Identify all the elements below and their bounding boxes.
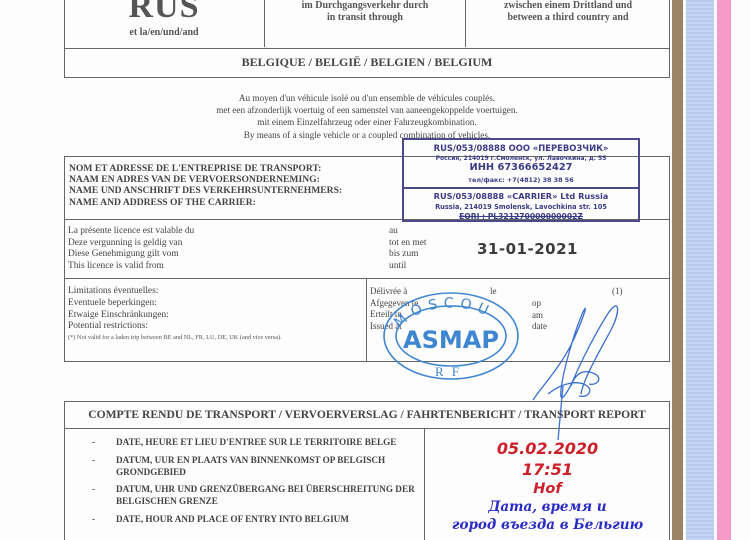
stamp-divider (404, 187, 638, 189)
valid-from-label: Deze vergunning is geldig van (68, 238, 194, 250)
carrier-label: NAAM EN ADRES VAN DE VERVOERSONDERNEMING… (69, 174, 342, 185)
valid-from-label: This licence is valid from (68, 261, 194, 273)
means-line: Au moyen d'un véhicule isolé ou d'un ens… (64, 92, 670, 104)
valid-until-label: au (389, 226, 427, 238)
entry-time: 17:51 (425, 460, 670, 479)
entry-note-line: город въезда в Бельгию (425, 517, 670, 533)
report-item: -DATUM, UUR EN PLAATS VAN BINNENKOMST OP… (92, 455, 422, 479)
carrier-labels: NOM ET ADRESSE DE L'ENTREPRISE DE TRANSP… (69, 163, 342, 208)
bullet-dash: - (92, 484, 95, 496)
valid-until-label: tot en met (389, 238, 427, 250)
stamp-ru-address: Россия, 214019 г.Смоленск, ул. Лавочкина… (404, 155, 638, 162)
country-code: RUS (64, 0, 264, 26)
carrier-label: NOM ET ADRESSE DE L'ENTREPRISE DE TRANSP… (69, 163, 342, 174)
limitations-note: (*) Not valid for a laden trip between B… (68, 334, 282, 341)
means-line: mit einem Einzelfahrzeug oder einer Fahr… (64, 116, 670, 128)
limitations-label: Etwaige Einschränkungen: (68, 310, 169, 322)
limitations-label: Limitations éventuelles: (68, 286, 169, 298)
country-conjunction: et la/en/und/and (64, 27, 264, 38)
valid-until-labels: au tot en met bis zum until (389, 226, 427, 272)
third-country-line: zwischen einem Drittland und (466, 0, 670, 12)
edge-stripe-brown (672, 0, 683, 540)
limitations-label: Potential restrictions: (68, 321, 169, 333)
stamp-eori: EORI : PL321270000000002Z (404, 212, 638, 221)
bullet-dash: - (92, 455, 95, 467)
report-title: COMPTE RENDU DE TRANSPORT / VERVOERVERSL… (64, 408, 670, 421)
bullet-dash: - (92, 437, 95, 449)
stamp-phone: тел/факс: +7(4812) 38 38 56 (404, 176, 638, 184)
valid-from-label: La présente licence est valable du (68, 226, 194, 238)
valid-from-label: Diese Genehmigung gilt vom (68, 249, 194, 261)
licence-document: RUS et la/en/und/and im Durchgangsverkeh… (0, 0, 750, 540)
means-line: met een afzonderlijk voertuig of een sam… (64, 104, 670, 116)
carrier-stamp: RUS/053/08888 ООО «ПЕРЕВОЗЧИК» Россия, 2… (402, 138, 640, 222)
report-item: -DATE, HOUR AND PLACE OF ENTRY INTO BELG… (92, 514, 422, 526)
vehicle-means-text: Au moyen d'un véhicule isolé ou d'un ens… (64, 92, 670, 141)
limitations-labels: Limitations éventuelles: Eventuele beper… (68, 286, 169, 333)
carrier-label: NAME AND ADDRESS OF THE CARRIER: (69, 197, 342, 208)
edge-stripe-blue (686, 0, 714, 540)
transit-label: im Durchgangsverkehr durch in transit th… (265, 0, 465, 24)
stamp-en-address: Russia, 214019 Smolensk, Lavochkina str.… (404, 203, 638, 211)
seal-bottom-text: RF (435, 364, 467, 379)
carrier-label: NAME UND ANSCHRIFT DES VERKEHRSUNTERNEHM… (69, 185, 342, 196)
valid-until-label: until (389, 261, 427, 273)
report-item: -DATUM, UHR UND GRENZÜBERGANG BEI ÜBERSC… (92, 484, 422, 508)
stamp-ru-name: RUS/053/08888 ООО «ПЕРЕВОЗЧИК» (404, 143, 638, 153)
report-item: -DATE, HEURE ET LIEU D'ENTREE SUR LE TER… (92, 437, 422, 449)
limitations-label: Eventuele beperkingen: (68, 298, 169, 310)
valid-until-date: 31-01-2021 (477, 240, 578, 258)
transit-line: im Durchgangsverkehr durch (265, 0, 465, 12)
transit-line: in transit through (265, 12, 465, 24)
limitations-divider (366, 278, 367, 362)
destination-country: BELGIQUE / BELGIË / BELGIEN / BELGIUM (64, 55, 670, 70)
valid-until-label: bis zum (389, 249, 427, 261)
third-country-label: zwischen einem Drittland und between a t… (466, 0, 670, 24)
seal-center-text: ASMAP (403, 326, 499, 354)
third-country-line: between a third country and (466, 12, 670, 24)
valid-from-labels: La présente licence est valable du Deze … (68, 226, 194, 272)
bullet-dash: - (92, 514, 95, 526)
report-entry-labels: -DATE, HEURE ET LIEU D'ENTREE SUR LE TER… (92, 437, 422, 532)
edge-stripe-pink (717, 0, 731, 540)
entry-date: 05.02.2020 (425, 439, 670, 458)
entry-note-line: Дата, время и (425, 499, 670, 515)
entry-place: Hof (425, 481, 670, 497)
stamp-en-name: RUS/053/08888 «CARRIER» Ltd Russia (404, 191, 638, 201)
stamp-inn: ИНН 67366652427 (404, 162, 638, 173)
